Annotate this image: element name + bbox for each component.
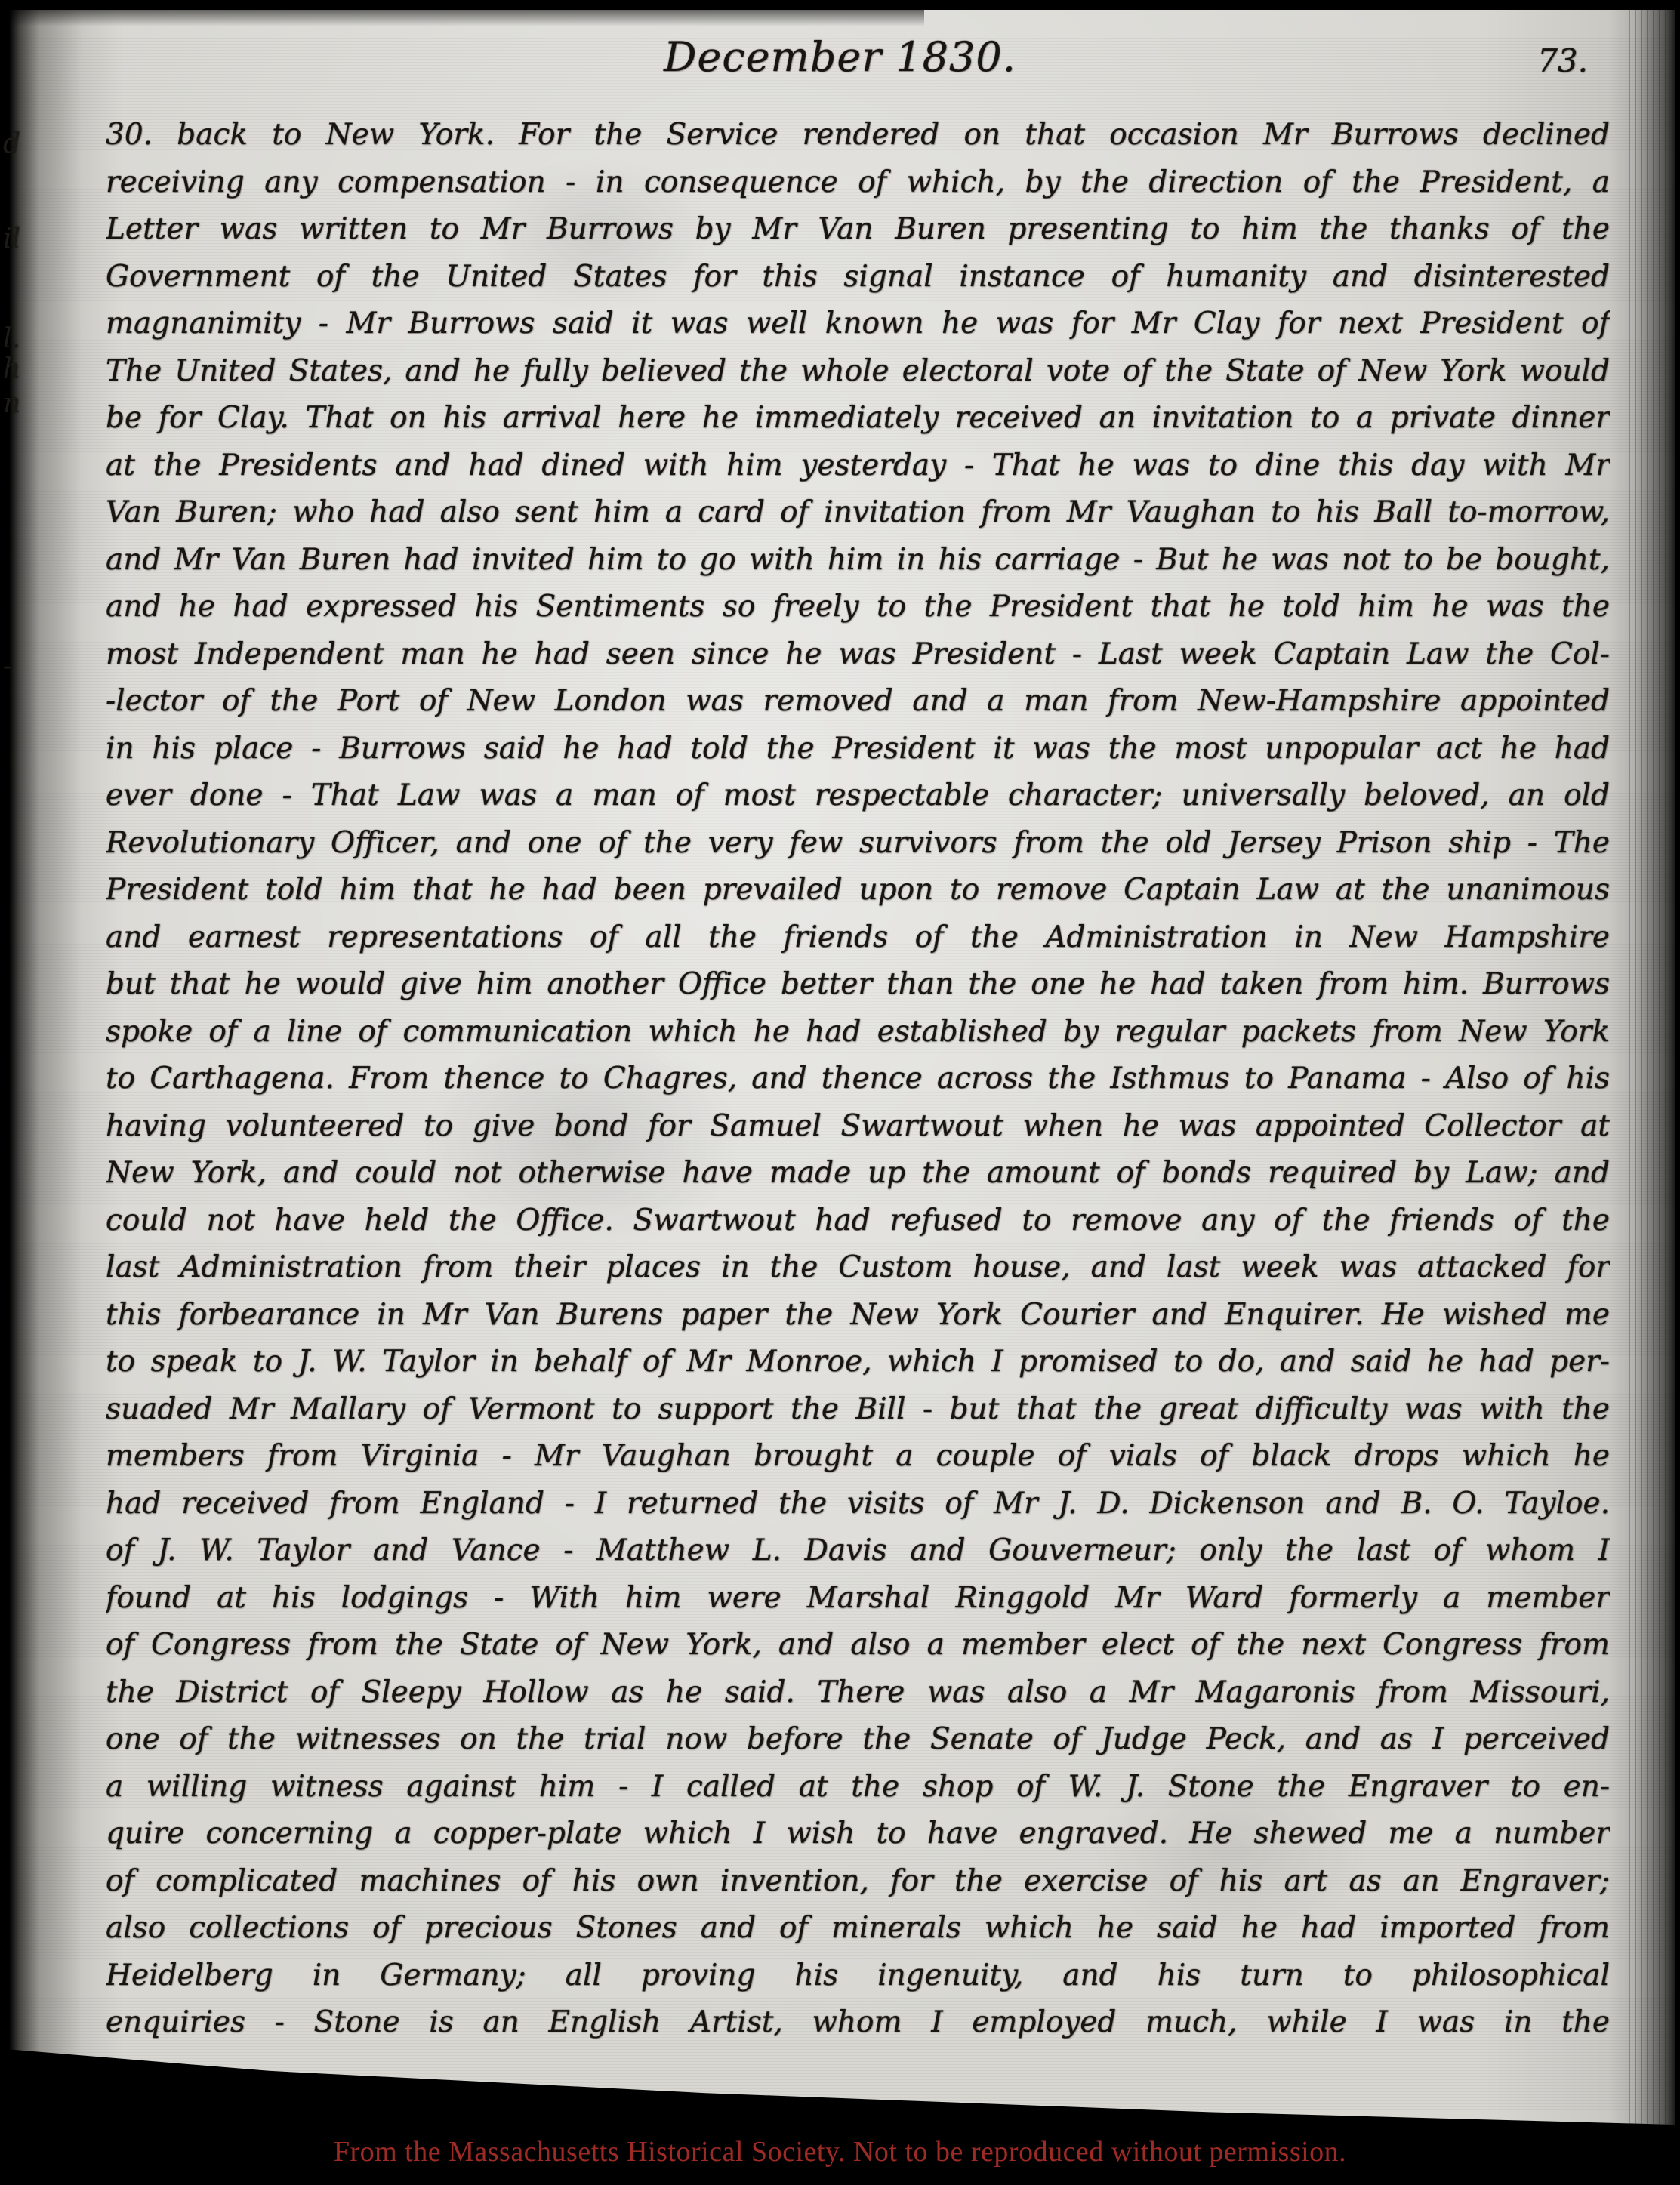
manuscript-line: most Independent man he had seen since h… xyxy=(106,631,1610,679)
manuscript-line: but that he would give him another Offic… xyxy=(106,961,1610,1009)
book-spine-edge: d il l. h n - xyxy=(0,0,83,2185)
manuscript-line: spoke of a line of communication which h… xyxy=(106,1009,1610,1056)
manuscript-line: and Mr Van Buren had invited him to go w… xyxy=(106,537,1610,584)
manuscript-line: magnanimity - Mr Burrows said it was wel… xyxy=(106,300,1610,348)
edge-text-fragment: l. xyxy=(3,323,20,354)
manuscript-line: a willing witness against him - I called… xyxy=(106,1764,1610,1811)
manuscript-body: 30. back to New York. For the Service re… xyxy=(106,112,1610,2047)
manuscript-line: members from Virginia - Mr Vaughan broug… xyxy=(106,1433,1610,1481)
manuscript-line: had received from England - I returned t… xyxy=(106,1481,1610,1528)
film-top-band xyxy=(0,0,1680,10)
page-header-date: December 1830. xyxy=(0,33,1680,81)
manuscript-line: one of the witnesses on the trial now be… xyxy=(106,1716,1610,1764)
manuscript-scan: d il l. h n - December 1830. 73. 30. bac… xyxy=(0,0,1680,2185)
manuscript-line: The United States, and he fully believed… xyxy=(106,348,1610,396)
manuscript-line: 30. back to New York. For the Service re… xyxy=(106,112,1610,159)
page-number: 73. xyxy=(1537,42,1588,79)
manuscript-line: of Congress from the State of New York, … xyxy=(106,1622,1610,1669)
manuscript-line: be for Clay. That on his arrival here he… xyxy=(106,395,1610,442)
manuscript-line: last Administration from their places in… xyxy=(106,1244,1610,1292)
manuscript-line: Heidelberg in Germany; all proving his i… xyxy=(106,1952,1610,2000)
manuscript-line: -lector of the Port of New London was re… xyxy=(106,678,1610,726)
manuscript-line: receiving any compensation - in conseque… xyxy=(106,159,1610,207)
manuscript-line: suaded Mr Mallary of Vermont to support … xyxy=(106,1386,1610,1434)
manuscript-line: of J. W. Taylor and Vance - Matthew L. D… xyxy=(106,1527,1610,1575)
page-edge-striations xyxy=(1629,0,1668,2185)
mhs-permission-notice: From the Massachusetts Historical Societ… xyxy=(0,2135,1680,2168)
manuscript-line: President told him that he had been prev… xyxy=(106,867,1610,914)
manuscript-line: to speak to J. W. Taylor in behalf of Mr… xyxy=(106,1339,1610,1386)
manuscript-line: and he had expressed his Sentiments so f… xyxy=(106,584,1610,631)
manuscript-line: this forbearance in Mr Van Burens paper … xyxy=(106,1292,1610,1339)
manuscript-line: to Carthagena. From thence to Chagres, a… xyxy=(106,1056,1610,1103)
edge-text-fragment: il xyxy=(3,223,20,254)
manuscript-line: and earnest representations of all the f… xyxy=(106,914,1610,962)
manuscript-line: ever done - That Law was a man of most r… xyxy=(106,772,1610,820)
edge-text-fragment: h xyxy=(3,353,20,384)
manuscript-line: the District of Sleepy Hollow as he said… xyxy=(106,1669,1610,1717)
manuscript-line: found at his lodgings - With him were Ma… xyxy=(106,1575,1610,1623)
edge-text-fragment: - xyxy=(3,651,12,682)
manuscript-line: in his place - Burrows said he had told … xyxy=(106,726,1610,773)
manuscript-line: Government of the United States for this… xyxy=(106,254,1610,301)
manuscript-line: of complicated machines of his own inven… xyxy=(106,1858,1610,1906)
edge-text-fragment: n xyxy=(3,388,20,419)
manuscript-line: could not have held the Office. Swartwou… xyxy=(106,1197,1610,1245)
manuscript-line: Revolutionary Officer, and one of the ve… xyxy=(106,820,1610,868)
manuscript-line: also collections of precious Stones and … xyxy=(106,1905,1610,1952)
manuscript-line: having volunteered to give bond for Samu… xyxy=(106,1103,1610,1151)
manuscript-line: at the Presidents and had dined with him… xyxy=(106,442,1610,490)
manuscript-line: Letter was written to Mr Burrows by Mr V… xyxy=(106,206,1610,254)
manuscript-line: New York, and could not otherwise have m… xyxy=(106,1150,1610,1197)
manuscript-line: enquiries - Stone is an English Artist, … xyxy=(106,1999,1610,2047)
manuscript-line: quire concerning a copper-plate which I … xyxy=(106,1811,1610,1858)
manuscript-line: Van Buren; who had also sent him a card … xyxy=(106,489,1610,537)
edge-text-fragment: d xyxy=(3,128,20,159)
